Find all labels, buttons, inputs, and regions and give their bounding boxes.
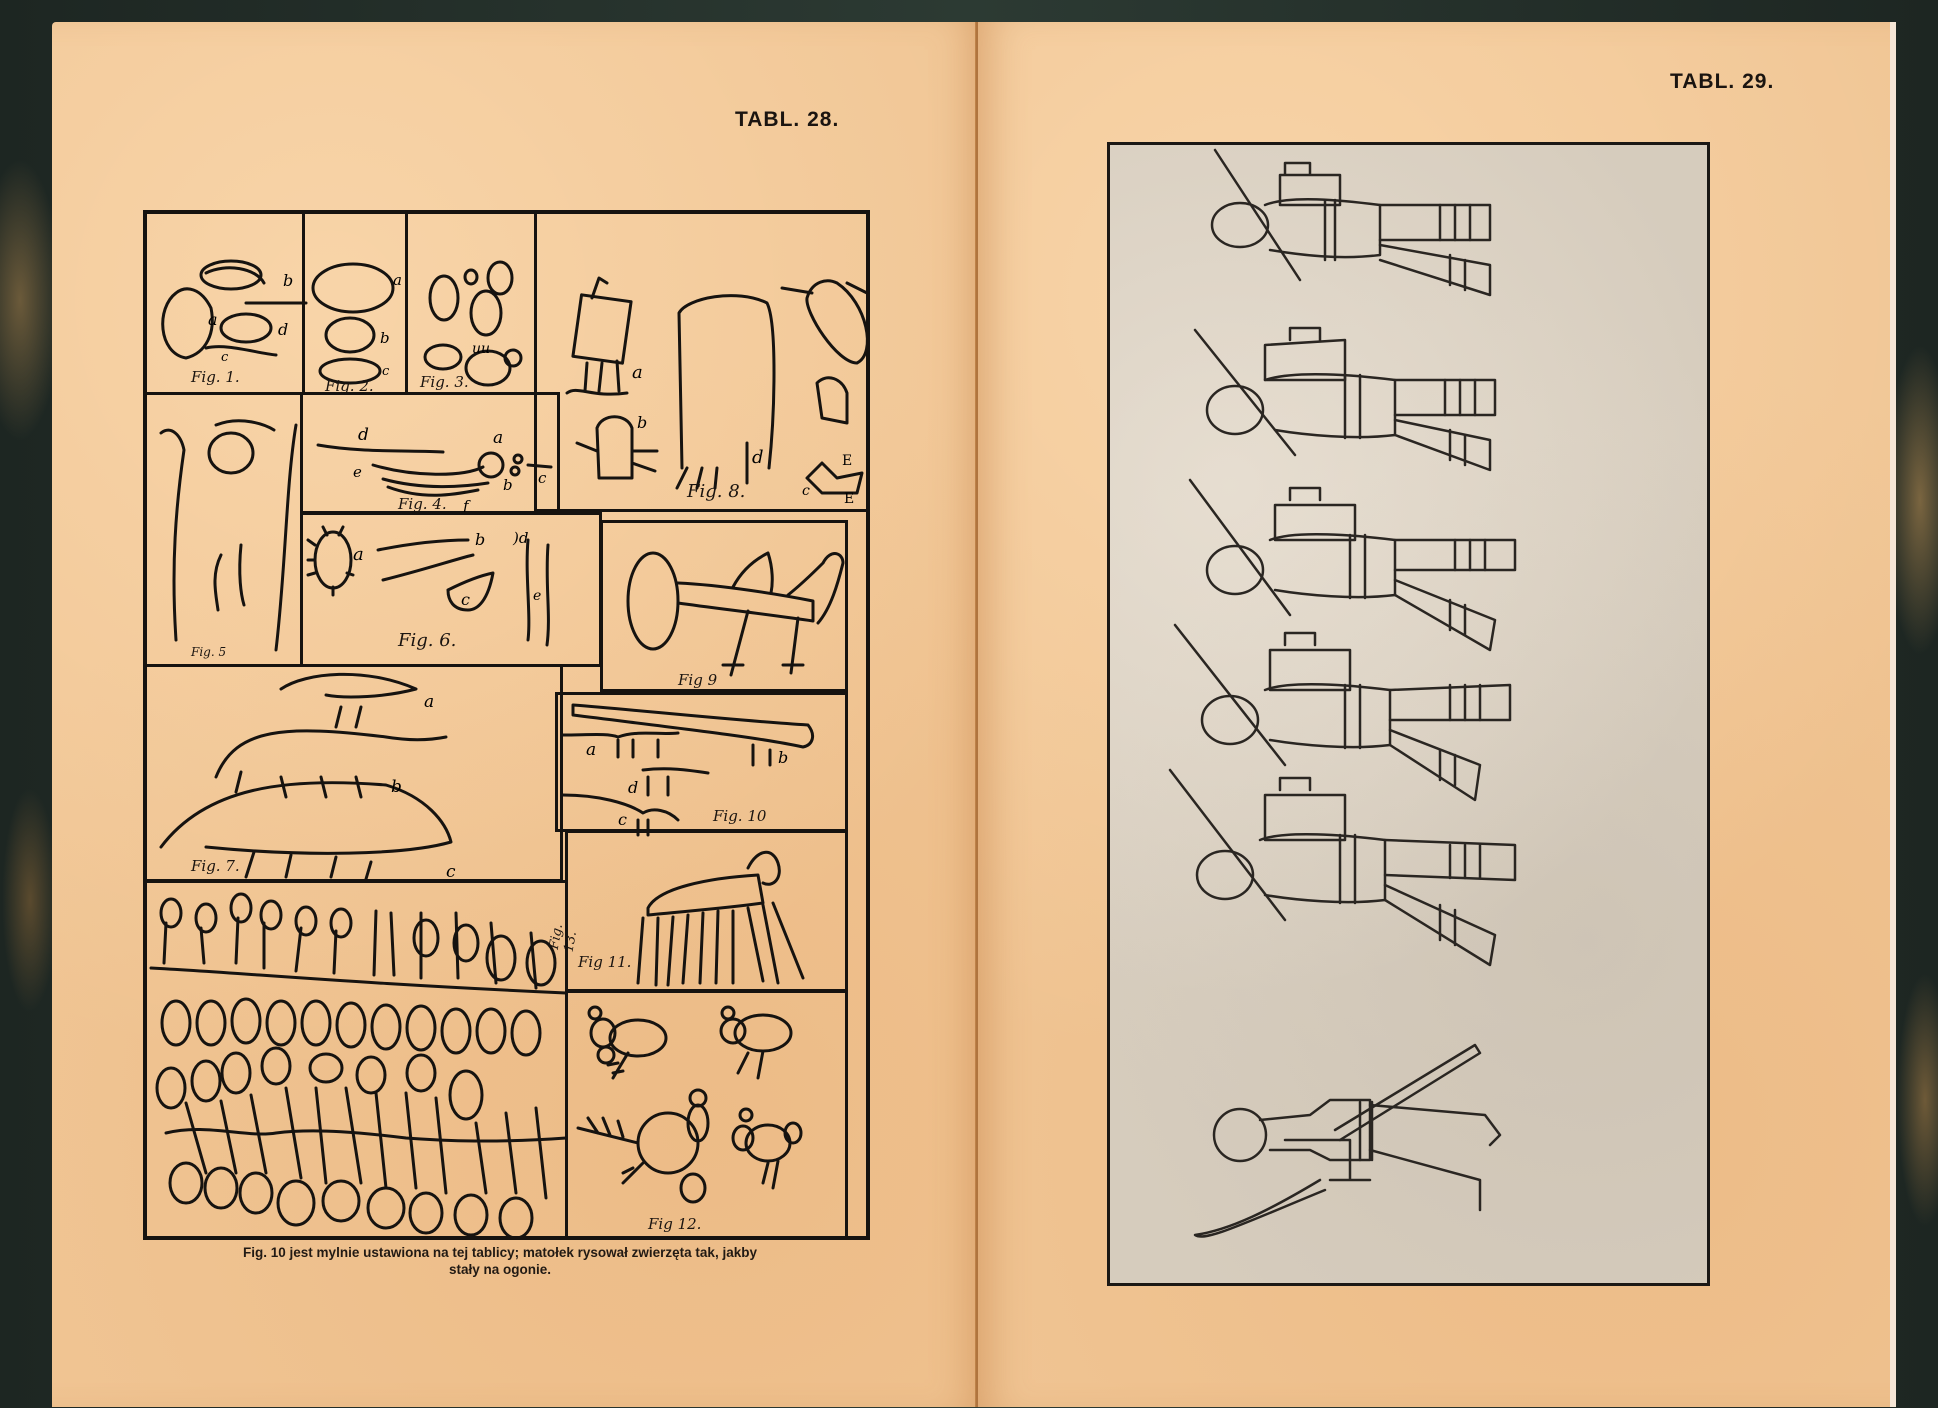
figure-9-drawing: [603, 523, 851, 695]
soldier-6: [1195, 1045, 1500, 1237]
figure-13-panel: Fig. 13.: [143, 880, 568, 1240]
figure-12-label: Fig 12.: [648, 1215, 701, 1233]
svg-text:c: c: [802, 483, 810, 499]
figure-4-label: Fig. 4.: [398, 495, 447, 513]
figure-9-panel: Fig 9: [600, 520, 848, 692]
soldier-5: [1170, 770, 1515, 965]
figure-13-drawing: [146, 883, 571, 1243]
figure-1-panel: a b c d Fig. 1.: [143, 210, 305, 395]
figure-5-panel: Fig. 5: [143, 392, 303, 667]
svg-text:b: b: [637, 413, 647, 432]
figure-2-drawing: a b c: [305, 213, 411, 398]
figure-9-label: Fig 9: [678, 671, 717, 689]
svg-text:c: c: [618, 810, 627, 829]
svg-text:a: a: [493, 428, 503, 448]
svg-text:c: c: [538, 469, 547, 487]
figure-7-label: Fig. 7.: [191, 857, 240, 875]
svg-text:c: c: [221, 350, 229, 365]
figure-7-panel: a b c Fig. 7.: [143, 664, 563, 882]
svg-text:uu: uu: [472, 341, 490, 357]
caption-line-2: stały na ogonie.: [120, 1261, 880, 1278]
figure-13-label: Fig. 13.: [547, 923, 581, 953]
svg-text:b: b: [380, 329, 390, 347]
svg-text:b: b: [475, 530, 485, 549]
svg-text:E: E: [842, 453, 852, 469]
figure-11-label: Fig 11.: [578, 953, 631, 971]
svg-text:d: d: [628, 778, 638, 797]
figure-12-drawing: [568, 993, 851, 1243]
plate-number-28: TABL. 28.: [735, 108, 839, 132]
figure-3-panel: uu Fig. 3.: [405, 210, 537, 395]
svg-text:a: a: [632, 362, 643, 383]
figure-10-drawing: a b d c: [558, 695, 851, 835]
soldier-4: [1175, 625, 1510, 800]
svg-text:d: d: [752, 447, 764, 468]
figure-6-panel: a b c )d e Fig. 6.: [300, 512, 602, 667]
svg-text:c: c: [446, 862, 456, 882]
plate-number-29: TABL. 29.: [1670, 70, 1774, 94]
soldier-2: [1195, 328, 1495, 470]
svg-text:d: d: [278, 320, 288, 339]
figure-2-panel: a b c Fig. 2.: [302, 210, 408, 395]
figure-8-drawing: a b d c E E: [537, 213, 873, 515]
figure-8-panel: a b d c E E Fig. 8.: [534, 210, 870, 512]
figure-12-panel: Fig 12.: [565, 990, 848, 1240]
figure-11-panel: Fig 11.: [565, 830, 848, 992]
svg-text:b: b: [391, 777, 402, 797]
svg-text:a: a: [353, 544, 364, 565]
svg-text:a: a: [424, 692, 434, 712]
svg-text:b: b: [778, 748, 788, 767]
svg-text:e: e: [353, 463, 362, 481]
svg-text:b: b: [283, 271, 293, 290]
soldiers-drawing: [1110, 145, 1713, 1289]
soldiers-drawing-plate: [1107, 142, 1710, 1286]
svg-text:E: E: [844, 491, 854, 507]
svg-text:a: a: [586, 740, 596, 760]
caption-line-1: Fig. 10 jest mylnie ustawiona na tej tab…: [120, 1244, 880, 1261]
svg-text:a: a: [208, 310, 218, 329]
svg-text:d: d: [358, 425, 369, 445]
plate-28-caption: Fig. 10 jest mylnie ustawiona na tej tab…: [120, 1244, 880, 1278]
figure-6-label: Fig. 6.: [398, 630, 456, 651]
svg-text:c: c: [382, 364, 390, 379]
figure-10-panel: a b d c Fig. 10: [555, 692, 848, 832]
figure-3-label: Fig. 3.: [420, 373, 469, 391]
svg-text:c: c: [461, 590, 470, 609]
soldier-1: [1212, 150, 1490, 295]
figure-4-panel: d e a b c f Fig. 4.: [300, 392, 560, 514]
soldier-3: [1190, 480, 1515, 650]
figure-8-label: Fig. 8.: [687, 481, 745, 502]
svg-text:a: a: [393, 271, 402, 289]
svg-text:e: e: [533, 588, 541, 604]
figure-7-drawing: a b c: [146, 667, 566, 885]
figure-5-label: Fig. 5: [191, 645, 226, 659]
figure-10-label: Fig. 10: [713, 807, 766, 825]
figure-3-drawing: uu: [408, 213, 540, 398]
figure-5-drawing: [146, 395, 306, 670]
svg-text:b: b: [503, 476, 513, 494]
svg-text:)d: )d: [512, 529, 528, 547]
figure-1-label: Fig. 1.: [191, 368, 240, 386]
